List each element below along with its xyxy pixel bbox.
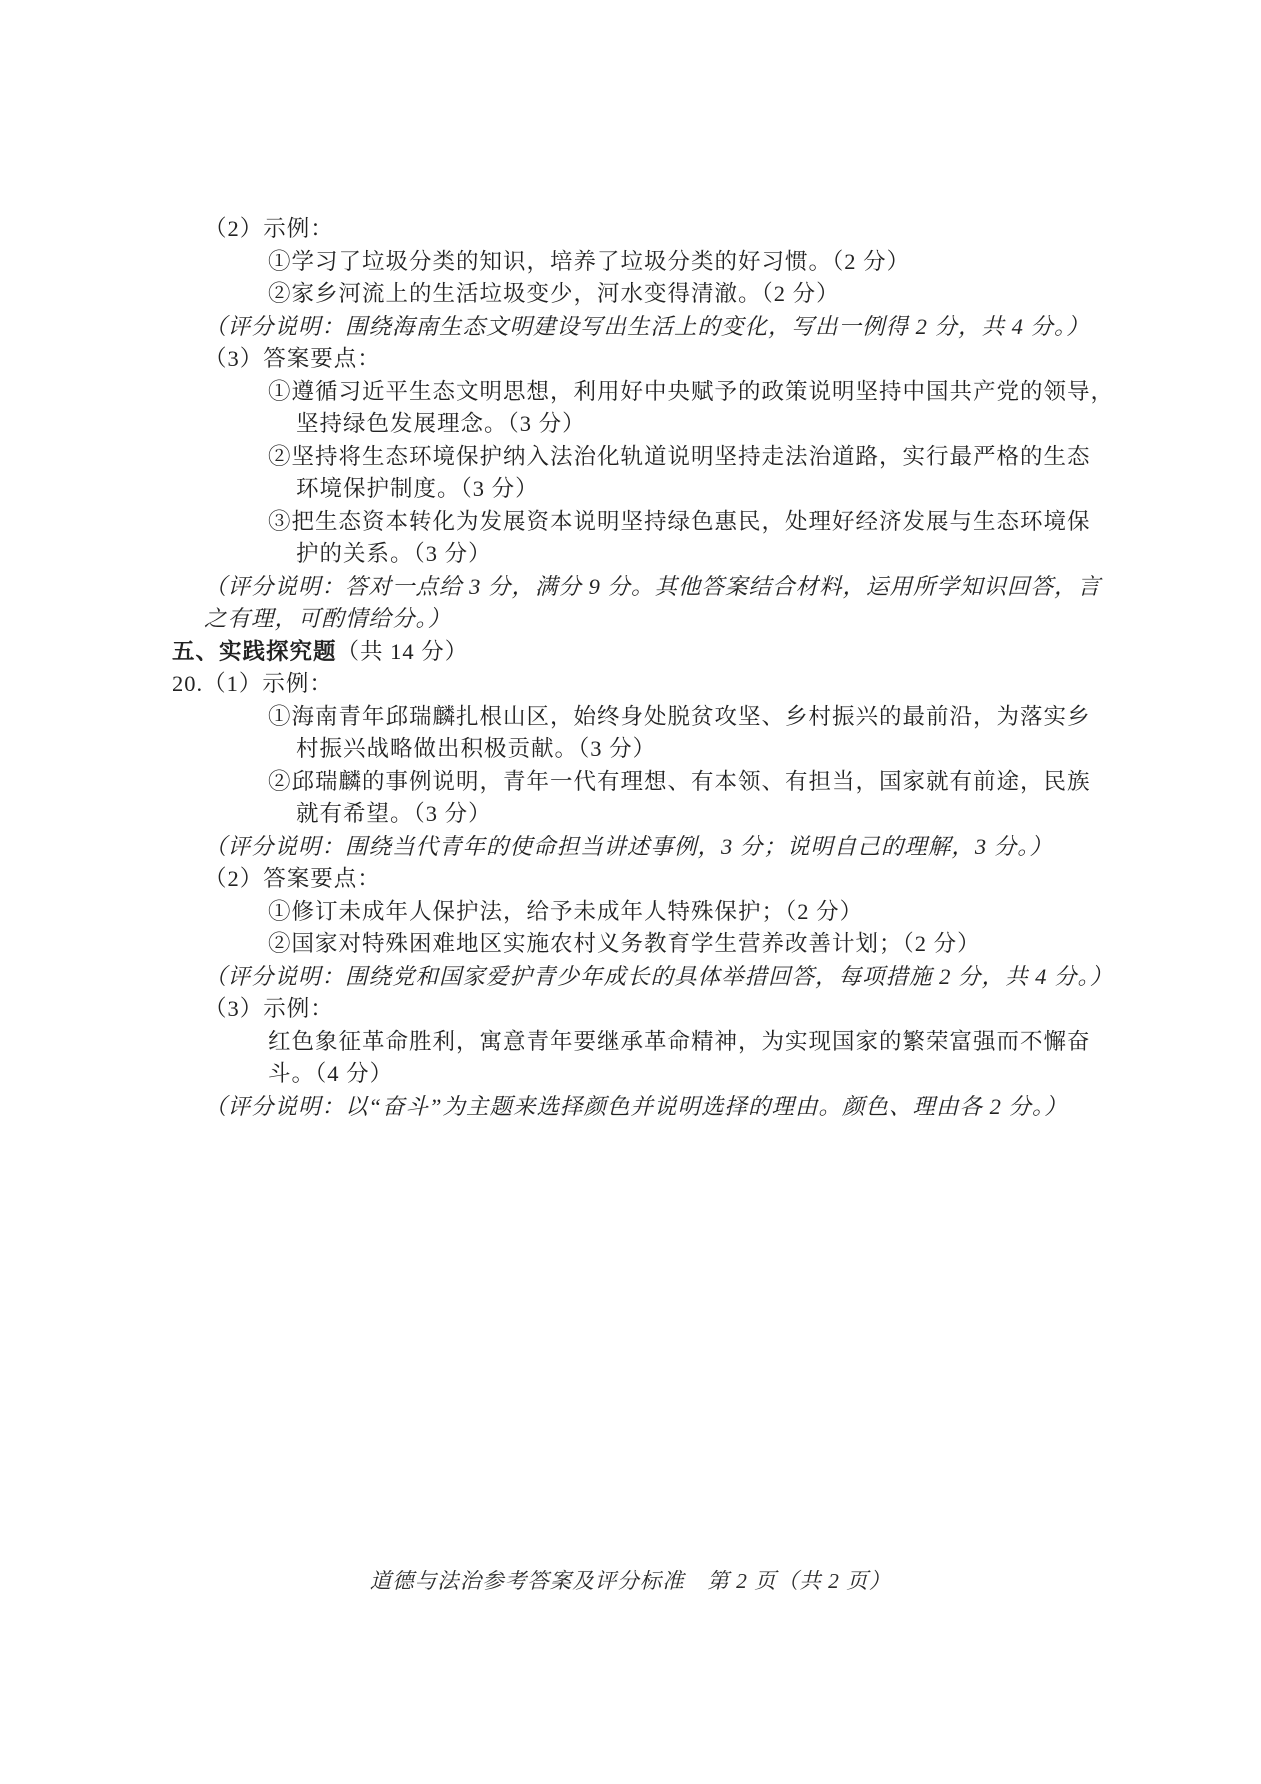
answer-line-18: ②邱瑞麟的事例说明，青年一代有理想、有本领、有担当，国家就有前途，民族 (0, 766, 1261, 799)
answer-text: ②家乡河流上的生活垃圾变少，河水变得清澈。（2 分） (268, 281, 840, 306)
answer-lines: （2）示例：①学习了垃圾分类的知识，培养了垃圾分类的好习惯。（2 分）②家乡河流… (0, 213, 1261, 1123)
answer-line-17: 村振兴战略做出积极贡献。（3 分） (0, 733, 1261, 766)
answer-line-3: ②家乡河流上的生活垃圾变少，河水变得清澈。（2 分） (0, 278, 1261, 311)
answer-text: （评分说明：以“奋斗”为主题来选择颜色并说明选择的理由。颜色、理由各 2 分。） (204, 1094, 1068, 1119)
answer-line-7: 坚持绿色发展理念。（3 分） (0, 408, 1261, 441)
answer-line-11: 护的关系。（3 分） (0, 538, 1261, 571)
answer-text: （评分说明：围绕当代青年的使命担当讲述事例，3 分；说明自己的理解，3 分。） (204, 834, 1053, 859)
answer-line-24: （评分说明：围绕党和国家爱护青少年成长的具体举措回答，每项措施 2 分，共 4 … (0, 961, 1261, 994)
answer-line-19: 就有希望。（3 分） (0, 798, 1261, 831)
answer-text: 护的关系。（3 分） (296, 541, 492, 566)
answer-text: （评分说明：答对一点给 3 分，满分 9 分。其他答案结合材料，运用所学知识回答… (204, 574, 1101, 599)
answer-line-9: 环境保护制度。（3 分） (0, 473, 1261, 506)
answer-text: （2）示例： (204, 216, 334, 241)
answer-line-12: （评分说明：答对一点给 3 分，满分 9 分。其他答案结合材料，运用所学知识回答… (0, 571, 1261, 604)
answer-text: 20.（1）示例： (172, 671, 333, 696)
answer-line-16: ①海南青年邱瑞麟扎根山区，始终身处脱贫攻坚、乡村振兴的最前沿，为落实乡 (0, 701, 1261, 734)
answer-text: ①海南青年邱瑞麟扎根山区，始终身处脱贫攻坚、乡村振兴的最前沿，为落实乡 (268, 704, 1091, 729)
answer-line-2: ①学习了垃圾分类的知识，培养了垃圾分类的好习惯。（2 分） (0, 246, 1261, 279)
answer-text: （3）示例： (204, 996, 334, 1021)
answer-line-21: （2）答案要点： (0, 863, 1261, 896)
document-page: （2）示例：①学习了垃圾分类的知识，培养了垃圾分类的好习惯。（2 分）②家乡河流… (0, 0, 1261, 1784)
answer-text: （评分说明：围绕海南生态文明建设写出生活上的变化，写出一例得 2 分，共 4 分… (204, 314, 1090, 339)
answer-text: 就有希望。（3 分） (296, 801, 492, 826)
answer-line-5: （3）答案要点： (0, 343, 1261, 376)
section-title-score: （共 14 分） (337, 639, 469, 664)
answer-line-28: （评分说明：以“奋斗”为主题来选择颜色并说明选择的理由。颜色、理由各 2 分。） (0, 1091, 1261, 1124)
answer-text: ①学习了垃圾分类的知识，培养了垃圾分类的好习惯。（2 分） (268, 249, 910, 274)
answer-text: （3）答案要点： (204, 346, 381, 371)
answer-text: （评分说明：围绕党和国家爱护青少年成长的具体举措回答，每项措施 2 分，共 4 … (204, 964, 1113, 989)
answer-line-27: 斗。（4 分） (0, 1058, 1261, 1091)
answer-line-10: ③把生态资本转化为发展资本说明坚持绿色惠民，处理好经济发展与生态环境保 (0, 506, 1261, 539)
answer-line-20: （评分说明：围绕当代青年的使命担当讲述事例，3 分；说明自己的理解，3 分。） (0, 831, 1261, 864)
answer-text: 红色象征革命胜利，寓意青年要继承革命精神，为实现国家的繁荣富强而不懈奋 (268, 1029, 1091, 1054)
answer-text: ②邱瑞麟的事例说明，青年一代有理想、有本领、有担当，国家就有前途，民族 (268, 769, 1091, 794)
answer-text: ①修订未成年人保护法，给予未成年人特殊保护；（2 分） (268, 899, 863, 924)
answer-text: ②坚持将生态环境保护纳入法治化轨道说明坚持走法治道路，实行最严格的生态 (268, 444, 1091, 469)
answer-line-13: 之有理，可酌情给分。） (0, 603, 1261, 636)
answer-line-4: （评分说明：围绕海南生态文明建设写出生活上的变化，写出一例得 2 分，共 4 分… (0, 311, 1261, 344)
answer-text: 之有理，可酌情给分。） (204, 606, 451, 631)
answer-text: 环境保护制度。（3 分） (296, 476, 539, 501)
answer-text: 村振兴战略做出积极贡献。（3 分） (296, 736, 656, 761)
answer-line-25: （3）示例： (0, 993, 1261, 1026)
answer-line-26: 红色象征革命胜利，寓意青年要继承革命精神，为实现国家的繁荣富强而不懈奋 (0, 1026, 1261, 1059)
answer-text: 坚持绿色发展理念。（3 分） (296, 411, 586, 436)
answer-line-15: 20.（1）示例： (0, 668, 1261, 701)
answer-line-23: ②国家对特殊困难地区实施农村义务教育学生营养改善计划；（2 分） (0, 928, 1261, 961)
answer-text: ②国家对特殊困难地区实施农村义务教育学生营养改善计划；（2 分） (268, 931, 981, 956)
section-title-text: 五、实践探究题 (172, 639, 337, 664)
answer-line-1: （2）示例： (0, 213, 1261, 246)
answer-text: 斗。（4 分） (268, 1061, 393, 1086)
answer-line-6: ①遵循习近平生态文明思想，利用好中央赋予的政策说明坚持中国共产党的领导， (0, 376, 1261, 409)
answer-line-22: ①修订未成年人保护法，给予未成年人特殊保护；（2 分） (0, 896, 1261, 929)
answer-text: （2）答案要点： (204, 866, 381, 891)
answer-text: ③把生态资本转化为发展资本说明坚持绿色惠民，处理好经济发展与生态环境保 (268, 509, 1091, 534)
page-footer: 道德与法治参考答案及评分标准 第 2 页（共 2 页） (0, 1565, 1261, 1597)
answer-line-14: 五、实践探究题（共 14 分） (0, 636, 1261, 669)
answer-line-8: ②坚持将生态环境保护纳入法治化轨道说明坚持走法治道路，实行最严格的生态 (0, 441, 1261, 474)
answer-text: ①遵循习近平生态文明思想，利用好中央赋予的政策说明坚持中国共产党的领导， (268, 379, 1114, 404)
